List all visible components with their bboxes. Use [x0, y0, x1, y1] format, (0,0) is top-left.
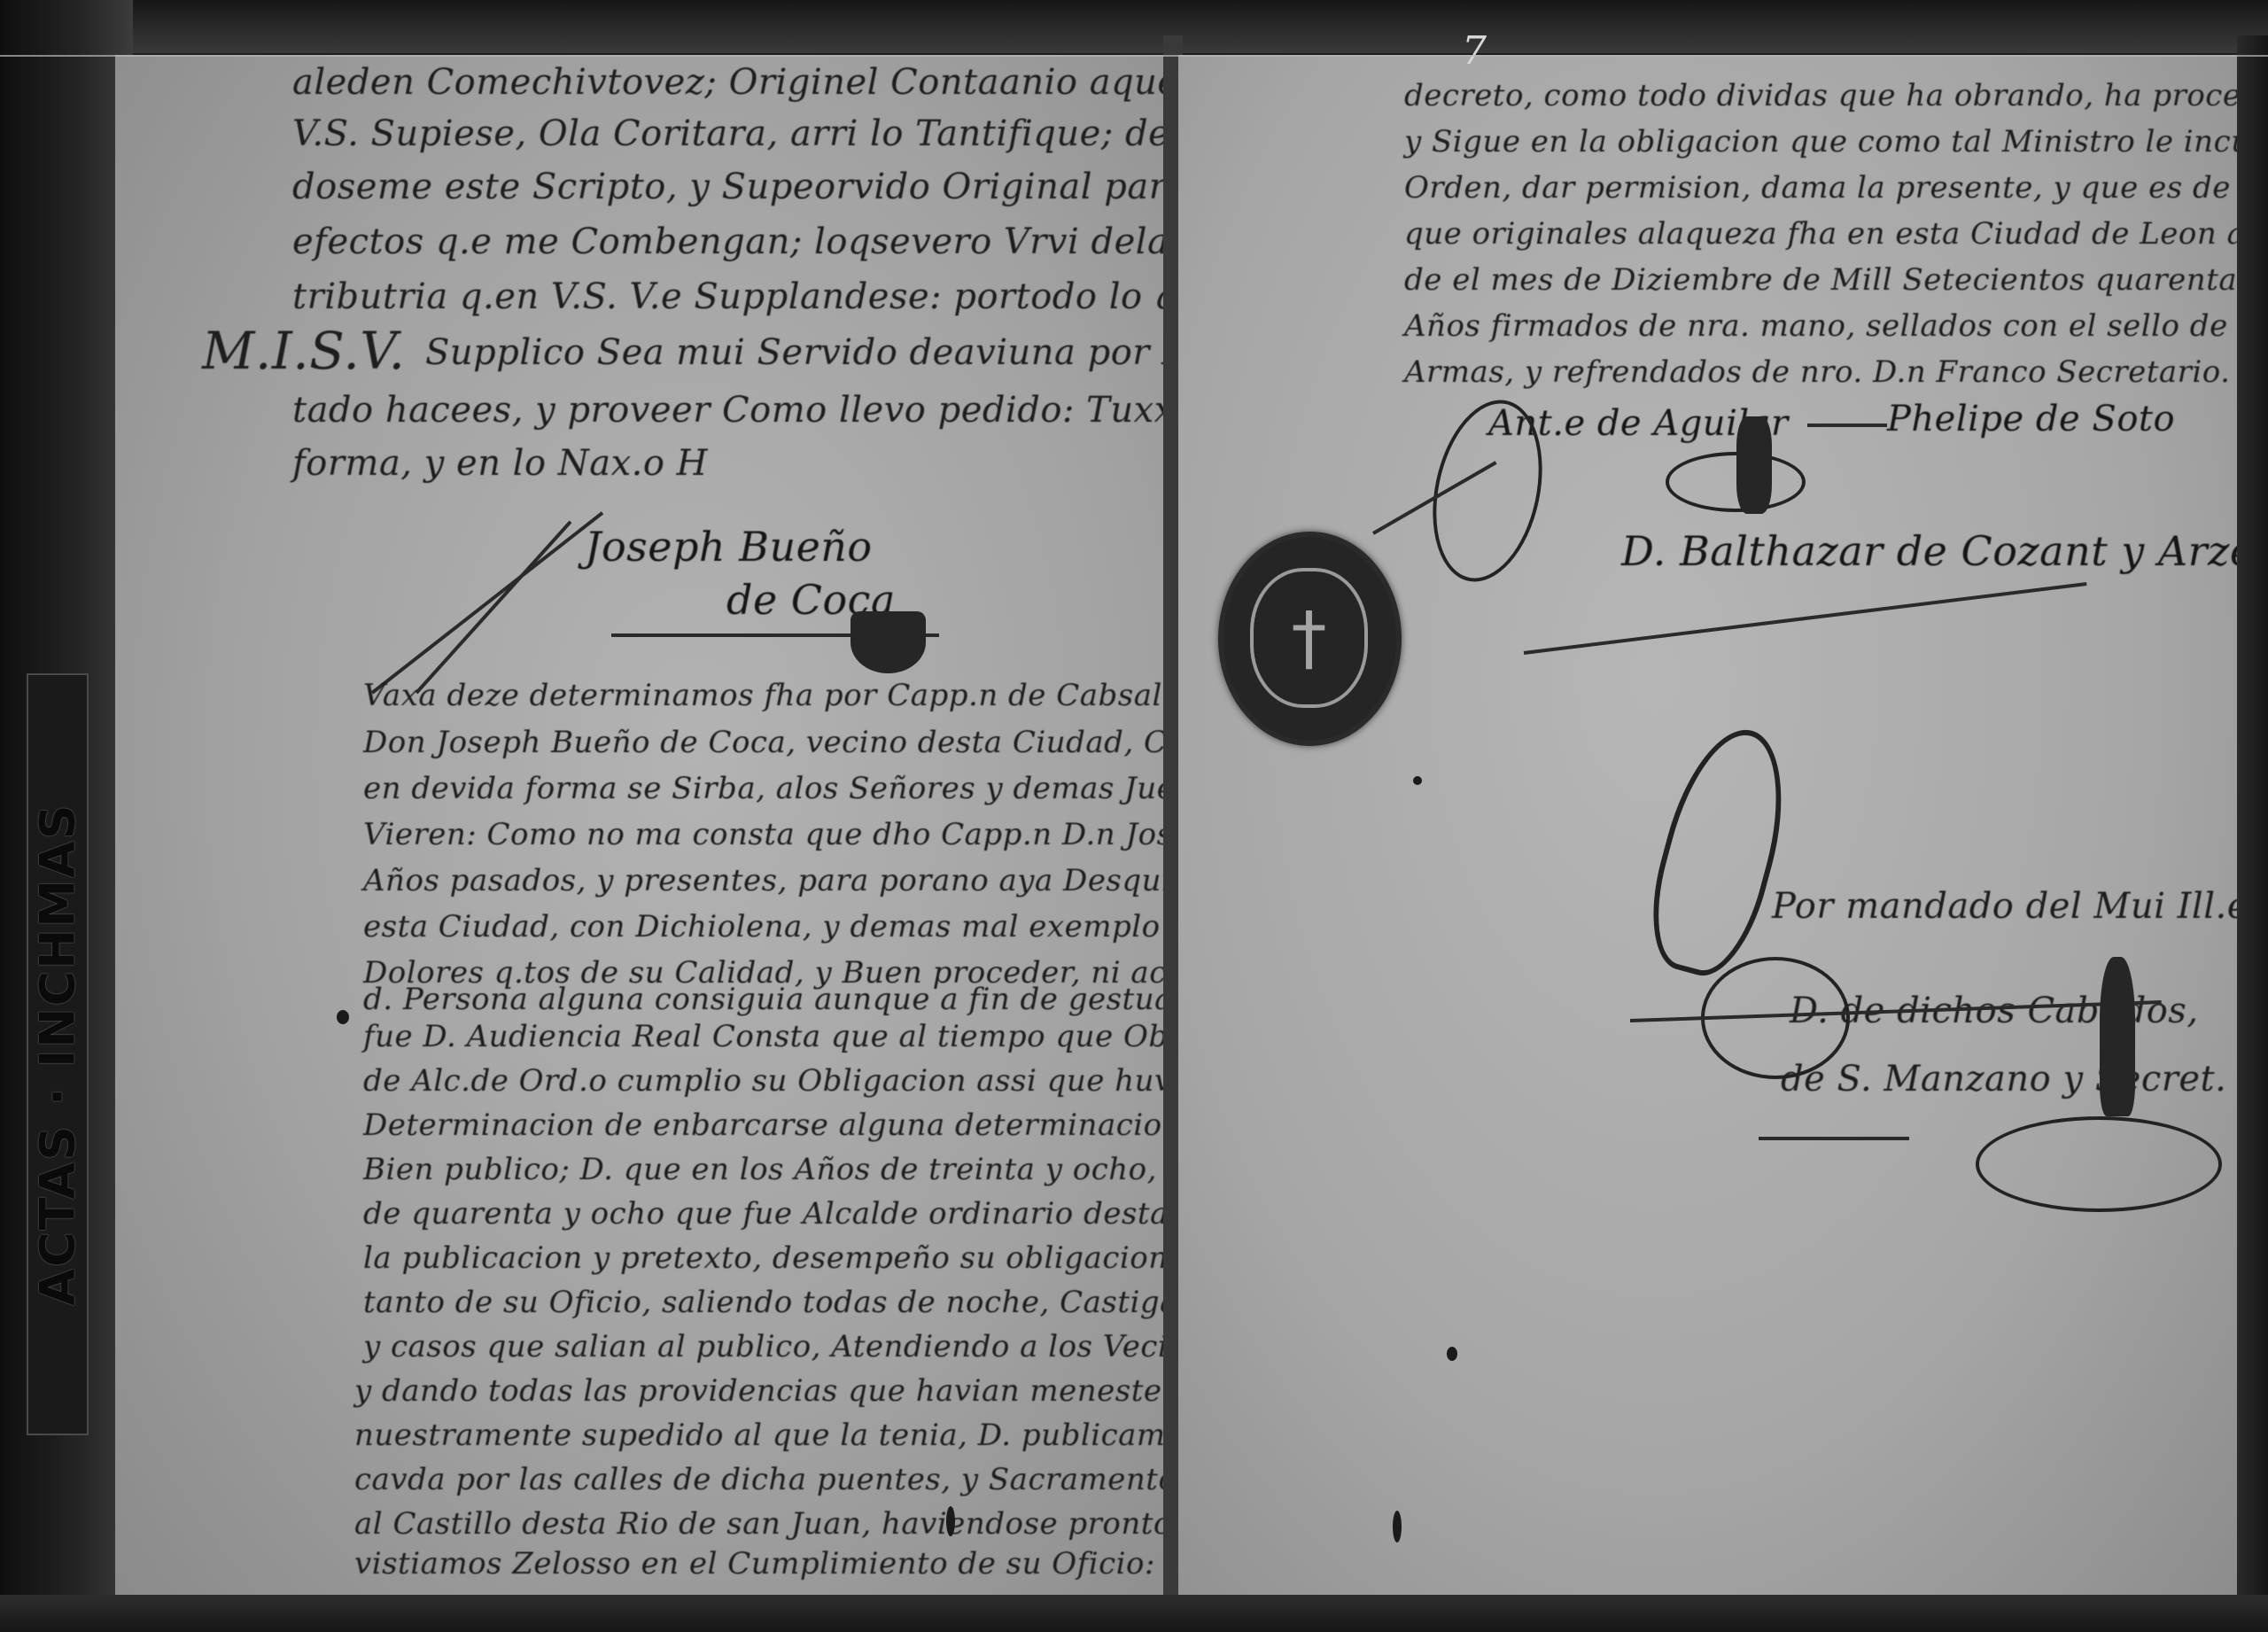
- cert-line-20: al Castillo desta Rio de san Juan, havie…: [354, 1506, 1224, 1542]
- left-line-7: tado hacees, y proveer Como llevo pedido…: [292, 390, 1196, 431]
- signature-dash: [1807, 424, 1887, 427]
- ink-mark: [1393, 1511, 1402, 1543]
- cert-line-16: y casos que salian al publico, Atendiend…: [363, 1329, 1223, 1364]
- left-line-2: V.S. Supiese, Ola Coritara, arri lo Tant…: [292, 113, 1303, 154]
- cert-line-1: Vaxa deze determinamos fha por Capp.n de…: [363, 678, 1302, 713]
- signature-name: Joseph Bueño: [585, 523, 873, 571]
- attestation-line-3: de S. Manzano y Secret.: [1781, 1059, 2226, 1100]
- ink-dot: [1447, 1347, 1457, 1361]
- right-line-1: decreto, como todo dividas que ha obrand…: [1404, 78, 2268, 113]
- left-line-5: tributria q.en V.S. V.e Supplandese: por…: [292, 276, 1222, 317]
- cert-line-2: Don Joseph Bueño de Coca, vecino desta C…: [363, 725, 1280, 760]
- rubric-flourish: [1759, 1137, 1909, 1140]
- cert-line-21: vistiamos Zelosso en el Cumplimiento de …: [354, 1546, 1204, 1581]
- film-top-edge: [0, 0, 2268, 53]
- ink-mark: [946, 1506, 955, 1536]
- right-line-6: Años firmados de nra. mano, sellados con…: [1404, 308, 2268, 344]
- salutation: M.I.S.V.: [202, 321, 405, 381]
- film-scratch: [0, 55, 2268, 57]
- attestation-line-1: Por mandado del Mui Ill.e S.or D. D. y C…: [1772, 886, 2268, 927]
- rubric-loop: [1666, 452, 1806, 512]
- wax-seal: †: [1218, 532, 1402, 746]
- left-line-8: forma, y en lo Nax.o H: [292, 443, 708, 484]
- film-right-edge: [2237, 35, 2268, 1632]
- ink-dot: [337, 1010, 349, 1024]
- cert-line-17: y dando todas las providencias que havia…: [354, 1373, 1254, 1409]
- spine-label: ACTAS · INCHMAS: [27, 673, 89, 1435]
- cert-line-15: tanto de su Oficio, saliendo todas de no…: [363, 1285, 1291, 1320]
- rubric-loop: [1976, 1116, 2222, 1212]
- ink-flourish: [2100, 957, 2135, 1116]
- film-bottom-edge: [0, 1595, 2268, 1632]
- signature-balthazar: D. Balthazar de Cozant y Arze: [1621, 527, 2255, 575]
- left-line-1: aleden Comechivtovez; Originel Contaanio…: [292, 62, 1268, 103]
- right-line-2: y Sigue en la obligacion que como tal Mi…: [1404, 124, 2268, 159]
- right-line-3: Orden, dar permision, dama la presente, …: [1404, 170, 2268, 206]
- seal-shield: †: [1250, 568, 1368, 708]
- signature-soto: Phelipe de Soto: [1887, 399, 2175, 439]
- microfilm-scan: ACTAS · INCHMAS aleden Comechivtovez; Or…: [0, 0, 2268, 1632]
- right-line-5: de el mes de Diziembre de Mill Setecient…: [1404, 262, 2268, 298]
- double-cross-icon: †: [1292, 597, 1327, 680]
- cert-line-19: cavda por las calles de dicha puentes, y…: [354, 1462, 1192, 1497]
- folio-number: 7: [1462, 28, 1487, 74]
- left-line-3: doseme este Scripto, y Supeorvido Origin…: [292, 167, 1188, 207]
- right-line-7: Armas, y refrendados de nro. D.n Franco …: [1404, 354, 2230, 390]
- ink-dot: [1413, 776, 1422, 785]
- spine-label-text: ACTAS · INCHMAS: [30, 803, 86, 1305]
- left-line-6: Supplico Sea mui Servido deaviuna por Le…: [425, 332, 1271, 373]
- cert-line-18: nuestramente supedido al que la tenia, D…: [354, 1418, 1278, 1453]
- left-line-4: efectos q.e me Combengan; loqsevero Vrvi…: [292, 221, 1232, 262]
- ink-flourish: [1736, 416, 1772, 514]
- ink-blot: [850, 611, 926, 673]
- right-line-4: que originales alaqueza fha en esta Ciud…: [1404, 216, 2268, 252]
- book-spine: ACTAS · INCHMAS: [0, 0, 133, 1632]
